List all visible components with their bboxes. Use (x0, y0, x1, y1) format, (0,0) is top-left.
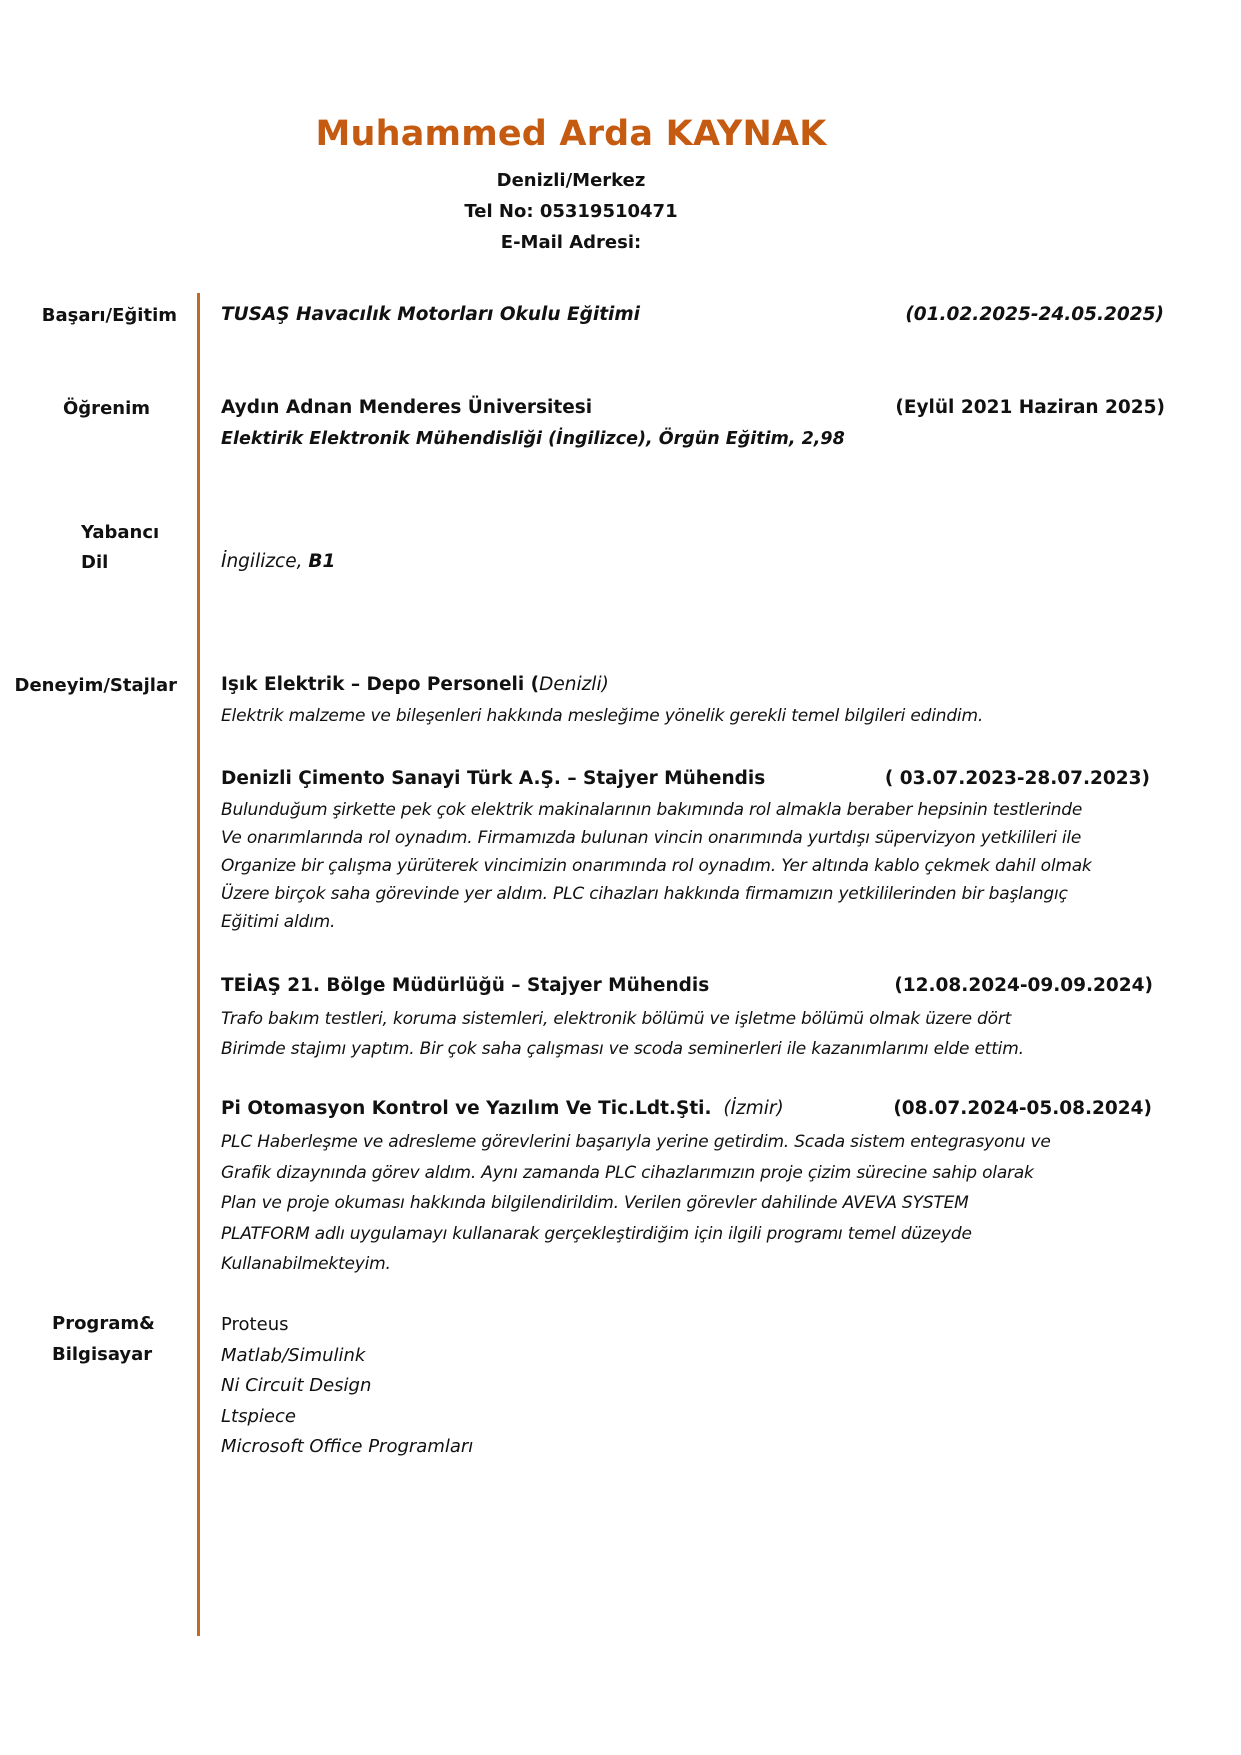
desc-line: Kullanabilmekteyim. (221, 1249, 1181, 1280)
software-item: Matlab/Simulink (221, 1341, 473, 1372)
phone-number: Tel No: 05319510471 (0, 201, 1142, 222)
resume-page: Muhammed Arda KAYNAK Denizli/Merkez Tel … (0, 0, 1241, 1755)
achievement-date: (01.02.2025-24.05.2025) (905, 304, 1164, 325)
school-name: Aydın Adnan Menderes Üniversitesi (221, 397, 592, 418)
experience-2-date: ( 03.07.2023-28.07.2023) (885, 768, 1150, 789)
desc-line: Birimde stajımı yaptım. Bir çok saha çal… (221, 1034, 1181, 1064)
education-detail: Elektirik Elektronik Mühendisliği (İngil… (221, 429, 845, 449)
section-label-experience: Deneyim/Stajlar (0, 675, 177, 696)
education-date-text: (Eylül 2021 Haziran 2025) (895, 397, 1165, 418)
desc-line: Bulunduğum şirkette pek çok elektrik mak… (221, 796, 1181, 824)
desc-line: Plan ve proje okuması hakkında bilgilend… (221, 1188, 1181, 1219)
software-item: Ltspiece (221, 1402, 473, 1433)
education-date: (Eylül 2021 Haziran 2025) (895, 397, 1165, 418)
section-divider-line (197, 293, 200, 1636)
experience-1-title: Işık Elektrik – Depo Personeli (Denizli) (221, 674, 609, 695)
software-item: Proteus (221, 1310, 473, 1341)
experience-4-company: Pi Otomasyon Kontrol ve Yazılım Ve Tic.L… (221, 1098, 712, 1119)
desc-line: Grafik dizaynında görev aldım. Aynı zama… (221, 1158, 1181, 1189)
desc-line: Eğitimi aldım. (221, 908, 1181, 936)
experience-4-description: PLC Haberleşme ve adresleme görevlerini … (221, 1127, 1181, 1280)
software-item: Microsoft Office Programları (221, 1432, 473, 1463)
location: Denizli/Merkez (0, 170, 1142, 191)
email-label: E-Mail Adresi: (0, 232, 1142, 253)
experience-2-title: Denizli Çimento Sanayi Türk A.Ş. – Stajy… (221, 768, 765, 789)
language-name: İngilizce, (221, 551, 308, 572)
section-label-language-line1: Yabancı (81, 522, 159, 543)
experience-4-location: (İzmir) (723, 1098, 783, 1119)
desc-line: PLATFORM adlı uygulamayı kullanarak gerç… (221, 1219, 1181, 1250)
experience-1-location: Denizli) (539, 674, 609, 695)
software-item: Ni Circuit Design (221, 1371, 473, 1402)
experience-4-date: (08.07.2024-05.08.2024) (893, 1098, 1152, 1119)
experience-1-description: Elektrik malzeme ve bileşenleri hakkında… (221, 702, 1181, 730)
candidate-name: Muhammed Arda KAYNAK (0, 114, 1142, 154)
desc-line: Organize bir çalışma yürüterek vincimizi… (221, 852, 1181, 880)
experience-3-date: (12.08.2024-09.09.2024) (894, 975, 1153, 996)
desc-line: Üzere birçok saha görevinde yer aldım. P… (221, 880, 1181, 908)
desc-line: Trafo bakım testleri, koruma sistemleri,… (221, 1004, 1181, 1034)
section-label-software-line1: Program& (52, 1313, 155, 1334)
section-label-software-line2: Bilgisayar (52, 1344, 152, 1365)
achievement-title: TUSAŞ Havacılık Motorları Okulu Eğitimi (221, 304, 640, 325)
language-level: B1 (308, 551, 335, 572)
experience-3-description: Trafo bakım testleri, koruma sistemleri,… (221, 1004, 1181, 1064)
desc-line: Ve onarımlarında rol oynadım. Firmamızda… (221, 824, 1181, 852)
software-list: Proteus Matlab/Simulink Ni Circuit Desig… (221, 1310, 473, 1463)
section-label-education: Öğrenim (63, 398, 150, 419)
section-label-achievement: Başarı/Eğitim (0, 305, 177, 326)
section-label-language-line2: Dil (81, 552, 108, 573)
experience-1-company: Işık Elektrik – Depo Personeli ( (221, 674, 539, 695)
language-entry: İngilizce, B1 (221, 551, 335, 572)
experience-4-title: Pi Otomasyon Kontrol ve Yazılım Ve Tic.L… (221, 1098, 784, 1119)
experience-2-description: Bulunduğum şirkette pek çok elektrik mak… (221, 796, 1181, 936)
desc-line: PLC Haberleşme ve adresleme görevlerini … (221, 1127, 1181, 1158)
experience-3-title: TEİAŞ 21. Bölge Müdürlüğü – Stajyer Mühe… (221, 975, 709, 996)
